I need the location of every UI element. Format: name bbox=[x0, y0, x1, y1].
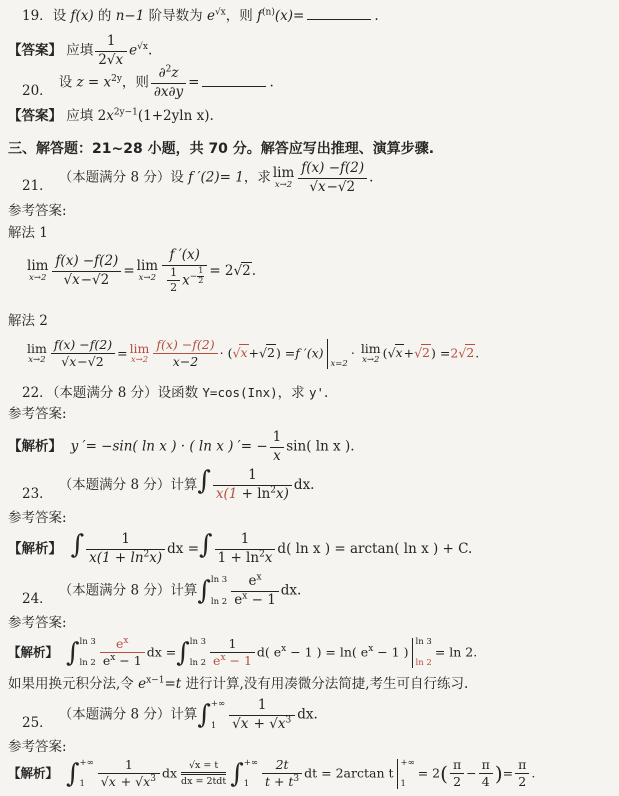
question-number: 24． bbox=[22, 591, 53, 608]
radicand: x bbox=[317, 178, 327, 195]
ref-answer-text: 参考答案: bbox=[8, 510, 67, 526]
limit-subscript: x→2 bbox=[27, 274, 48, 283]
den-part: x bbox=[265, 550, 273, 566]
ref-answer-label: 参考答案: bbox=[8, 406, 67, 423]
denominator: √x−√2 bbox=[298, 179, 367, 196]
ref-answer-text: 参考答案: bbox=[8, 615, 67, 631]
note-text: 如果用换元积分法,令 bbox=[8, 676, 138, 692]
differential: dx. bbox=[281, 583, 302, 599]
evaluation-bar: ln 3ln 2 bbox=[412, 638, 432, 668]
analysis-label: 【解析】 bbox=[8, 541, 62, 557]
question-number: 19． bbox=[22, 8, 53, 24]
ref-answer-label: 参考答案: bbox=[8, 203, 67, 220]
fraction: exex − 1 bbox=[100, 637, 145, 669]
radicand: 2 bbox=[100, 271, 111, 288]
den-part: t + t bbox=[265, 774, 293, 789]
period: . bbox=[252, 263, 256, 279]
question-text: （本题满分 8 分）设 bbox=[59, 170, 188, 186]
numerator: 1 bbox=[215, 532, 276, 550]
analysis-22: 【解析】 y ′= −sin( ln x ) · ( ln x ) ′= −1x… bbox=[8, 430, 355, 464]
question-22: 22．（本题满分 8 分）设函数 Y=cos(Inx)，求 y'. bbox=[22, 385, 328, 402]
radicand: x bbox=[240, 715, 250, 732]
denominator: x−2 bbox=[153, 354, 217, 369]
numerator: 1 bbox=[270, 430, 285, 448]
numerator: f(x) −f(2) bbox=[51, 338, 115, 354]
question-23: 23． （本题满分 8 分）计算∫1x(1 + ln2x)dx. bbox=[22, 468, 314, 503]
method-1-label: 解法 1 bbox=[8, 225, 48, 242]
question-number: 22． bbox=[22, 385, 53, 401]
limit-subscript: x→2 bbox=[273, 181, 294, 190]
exponent: √x bbox=[137, 42, 148, 52]
period: . bbox=[369, 170, 373, 186]
numerator: f ′(x) bbox=[162, 248, 207, 266]
ref-answer-label: 参考答案: bbox=[8, 739, 67, 756]
fraction: 1x(1 + ln2x) bbox=[213, 468, 292, 502]
period: . bbox=[531, 765, 535, 780]
question-text: 的 bbox=[94, 8, 116, 24]
eval-upper: +∞ bbox=[401, 759, 415, 768]
limit-subscript: x→2 bbox=[27, 356, 47, 365]
integral: ∫+∞1 bbox=[230, 759, 260, 789]
question-content: （本题满分 8 分）设 f ′(2)= 1，求limx→2f(x) −f(2)√… bbox=[59, 161, 374, 195]
radicand: x3 bbox=[277, 715, 292, 732]
question-text: 阶导数为 bbox=[144, 8, 207, 24]
fraction: f(x) −f(2)x−2 bbox=[153, 338, 217, 370]
exponent: x bbox=[256, 573, 261, 583]
sqrt-symbol: √ bbox=[234, 263, 242, 279]
sqrt: √x3 bbox=[269, 715, 292, 732]
method-2-label: 解法 2 bbox=[8, 313, 48, 330]
limit-word: lim bbox=[130, 343, 150, 356]
fraction: 1x(1 + ln2x) bbox=[86, 532, 165, 566]
sqrt: √x bbox=[64, 271, 81, 288]
period: . bbox=[148, 43, 152, 59]
sqrt: √x bbox=[61, 353, 77, 369]
math-expression: − 1 ) bbox=[373, 644, 408, 659]
section-header: 三、解答题：21~28 小题，共 70 分。解答应写出推理、演算步骤. bbox=[8, 141, 434, 159]
question-content: 设 z = x2y，则∂2z∂x∂y=. bbox=[59, 66, 274, 100]
sqrt: √2 bbox=[414, 344, 431, 360]
eval-upper: ln 3 bbox=[416, 638, 432, 647]
period: . bbox=[475, 345, 479, 360]
radicand: 2 bbox=[465, 344, 475, 360]
lower-bound: 1 bbox=[211, 722, 225, 731]
answer-blank bbox=[202, 75, 266, 87]
plus: + bbox=[249, 716, 269, 732]
math-expression: dt = 2arctan t bbox=[304, 765, 393, 780]
limit: limx→2 bbox=[27, 260, 48, 283]
math-expression: sin( ln x ) bbox=[286, 439, 350, 455]
lower-bound: ln 2 bbox=[211, 598, 227, 607]
denominator: √x−√2 bbox=[52, 272, 121, 289]
sqrt: √2 bbox=[92, 271, 110, 288]
math-var: z = x bbox=[76, 75, 111, 91]
question-number: 23． bbox=[22, 486, 53, 503]
plus: + bbox=[249, 345, 259, 360]
sqrt: √x bbox=[107, 51, 124, 68]
integral-sign: ∫ bbox=[71, 530, 85, 560]
numerator: ex bbox=[231, 574, 279, 592]
substitution-upper: √x = t bbox=[181, 760, 226, 776]
denominator: 1 + ln2x bbox=[215, 550, 276, 567]
denominator: 2 bbox=[450, 774, 464, 789]
fraction: 1x bbox=[270, 430, 285, 464]
den-part: x) bbox=[276, 486, 289, 502]
partial-symbol: ∂ bbox=[159, 65, 166, 81]
sqrt-symbol: √ bbox=[64, 272, 72, 288]
fraction: π2 bbox=[515, 758, 529, 790]
sqrt-symbol: √ bbox=[101, 774, 108, 789]
differential: dx. bbox=[294, 477, 315, 493]
math-var: e bbox=[129, 43, 137, 59]
denominator: ex − 1 bbox=[100, 653, 145, 668]
exponent: 2y bbox=[111, 74, 122, 84]
math-expression: d( ln x ) = arctan( ln x ) + C. bbox=[277, 541, 472, 557]
sqrt: √x bbox=[388, 344, 404, 360]
fraction: 2tt + t3 bbox=[262, 758, 302, 790]
math-expression: dx = bbox=[147, 644, 177, 659]
math-var: f ′(x) bbox=[295, 345, 323, 360]
fraction: f(x) −f(2)√x−√2 bbox=[298, 161, 367, 195]
exponent: x bbox=[123, 636, 128, 646]
limit-word: lim bbox=[27, 260, 48, 274]
fraction: ∂2z∂x∂y bbox=[151, 66, 186, 100]
differential: dx bbox=[162, 765, 177, 780]
method-label-text: 解法 2 bbox=[8, 313, 48, 329]
analysis-label: 【解析】 bbox=[8, 439, 62, 455]
question-number: 25． bbox=[22, 715, 53, 732]
denominator: ex − 1 bbox=[231, 592, 279, 609]
plus: + bbox=[404, 345, 414, 360]
radicand: 2 bbox=[421, 344, 431, 360]
equals: = bbox=[503, 765, 513, 780]
den-part: − 1 bbox=[226, 653, 252, 668]
eval-lower: 1 bbox=[401, 780, 415, 789]
numerator: f(x) −f(2) bbox=[52, 254, 121, 272]
answer-blank bbox=[307, 8, 371, 20]
radicand: x bbox=[239, 344, 248, 360]
sqrt: √2 bbox=[259, 344, 276, 360]
eval-bounds: +∞1 bbox=[398, 759, 415, 789]
math-expression: = 2 bbox=[418, 765, 440, 780]
exponent: 3 bbox=[150, 774, 156, 784]
fraction: 1√x + √x3 bbox=[98, 758, 160, 790]
integral-bounds: ln 3ln 2 bbox=[80, 638, 96, 668]
math-expression: − 1 ) = ln( e bbox=[286, 644, 368, 659]
fraction: π4 bbox=[479, 758, 493, 790]
paren: ) = bbox=[276, 345, 295, 360]
equals: = bbox=[123, 263, 134, 279]
analysis-label: 【解析】 bbox=[8, 765, 58, 780]
result: 2√2 bbox=[450, 344, 475, 360]
inner-fraction: 12 bbox=[167, 267, 180, 295]
note-line: 如果用换元积分法,令 ex−1=t 进行计算,没有用凑微分法简捷,考生可自行练习… bbox=[8, 676, 468, 693]
integral-sign: ∫ bbox=[176, 640, 190, 666]
period: . bbox=[209, 108, 213, 124]
integral-sign: ∫ bbox=[66, 761, 80, 787]
integral-sign: ∫ bbox=[66, 640, 80, 666]
analysis-24: 【解析】 ∫ln 3ln 2exex − 1dx =∫ln 3ln 21ex −… bbox=[8, 637, 477, 669]
integral-sign: ∫ bbox=[199, 530, 213, 560]
denominator: x(1 + ln2x) bbox=[86, 550, 165, 567]
math-var: z bbox=[171, 65, 178, 81]
minus: − bbox=[466, 765, 476, 780]
ref-answer-text: 参考答案: bbox=[8, 739, 67, 755]
fraction: 1ex − 1 bbox=[210, 637, 255, 669]
limit: limx→2 bbox=[273, 167, 294, 190]
sqrt: √x bbox=[309, 178, 326, 195]
question-text: ，求 bbox=[278, 385, 309, 401]
exponent: 3 bbox=[285, 715, 291, 725]
fraction: 12√x bbox=[95, 34, 127, 68]
analysis-label: 【解析】 bbox=[8, 644, 58, 659]
radicand: 2 bbox=[241, 262, 252, 279]
denominator: √x + √x3 bbox=[229, 716, 295, 733]
lower-bound: ln 2 bbox=[80, 659, 96, 668]
ref-answer-text: 参考答案: bbox=[8, 406, 67, 422]
sqrt-symbol: √ bbox=[88, 354, 95, 369]
lower-bound: 1 bbox=[80, 780, 94, 789]
answer-text: (1+2yln x) bbox=[138, 108, 210, 124]
math-var: e bbox=[138, 676, 146, 692]
question-text: （本题满分 8 分）计算 bbox=[59, 707, 198, 723]
limit-word: lim bbox=[137, 260, 158, 274]
denominator: x bbox=[270, 448, 285, 465]
analysis-25: 【解析】 ∫+∞11√x + √x3dx√x = tdx = 2tdt∫+∞12… bbox=[8, 758, 535, 790]
question-content: （本题满分 8 分）计算∫+∞11√x + √x3dx. bbox=[59, 698, 318, 732]
limit-subscript: x→2 bbox=[130, 356, 150, 365]
minus: − bbox=[81, 272, 92, 288]
multiply-dot: · bbox=[220, 345, 224, 360]
limit-subscript: x→2 bbox=[137, 274, 158, 283]
question-text: 设 bbox=[53, 8, 71, 24]
upper-bound: +∞ bbox=[80, 759, 94, 768]
exponent: x−1 bbox=[146, 676, 164, 686]
radicand: 2 bbox=[95, 353, 105, 369]
question-text: （本题满分 8 分）计算 bbox=[59, 477, 198, 493]
note-text: 进行计算,没有用凑微分法简捷,考生可自行练习. bbox=[181, 676, 468, 692]
period: . bbox=[374, 8, 378, 24]
question-text: ，则 bbox=[226, 8, 257, 24]
integral-bounds: ln 3ln 2 bbox=[211, 576, 227, 606]
integral: ∫ln 3ln 2 bbox=[66, 638, 98, 668]
math-expression: =t bbox=[164, 676, 181, 692]
radicand: x bbox=[395, 344, 404, 360]
math-expression: dx = bbox=[167, 541, 199, 557]
paren: ) bbox=[495, 761, 503, 785]
sqrt-symbol: √ bbox=[259, 345, 266, 360]
numerator: 2t bbox=[262, 758, 302, 774]
evaluation-bar: x=2 bbox=[327, 339, 348, 369]
answer-20: 【答案】 应填 2x2y−1(1+2yln x). bbox=[8, 108, 214, 125]
sqrt-symbol: √ bbox=[92, 272, 100, 288]
numerator: ∂2z bbox=[151, 66, 186, 84]
limit: limx→2 bbox=[27, 343, 47, 365]
answer-text: 应填 bbox=[66, 43, 93, 59]
eval-bounds: ln 3ln 2 bbox=[413, 638, 432, 668]
fraction: f ′(x)12x−12 bbox=[162, 248, 207, 295]
paren: ( bbox=[440, 761, 448, 785]
question-20: 20． 设 z = x2y，则∂2z∂x∂y=. bbox=[22, 66, 274, 100]
radicand: x bbox=[68, 353, 77, 369]
numerator: 1 bbox=[210, 637, 255, 653]
math-expression: y' bbox=[309, 385, 324, 400]
math-var: e bbox=[207, 8, 215, 24]
differential: dx. bbox=[297, 707, 318, 723]
question-text: （本题满分 8 分）设函数 bbox=[53, 385, 203, 401]
period: . bbox=[350, 439, 354, 455]
analysis-23: 【解析】 ∫1x(1 + ln2x)dx =∫11 + ln2xd( ln x … bbox=[8, 532, 472, 567]
result: = 2 bbox=[209, 263, 233, 279]
numerator: π bbox=[479, 758, 493, 774]
numerator: 1 bbox=[95, 34, 127, 52]
radicand: x3 bbox=[142, 773, 157, 789]
sqrt: √2 bbox=[338, 178, 356, 195]
math-var: (x)= bbox=[275, 8, 304, 24]
sqrt-symbol: √ bbox=[388, 345, 395, 360]
substitution-note: √x = tdx = 2tdt bbox=[181, 760, 226, 789]
sqrt-symbol: √ bbox=[309, 179, 317, 195]
multiply-dot: · bbox=[351, 345, 355, 360]
denominator: 2 bbox=[197, 277, 204, 286]
den-part: x) bbox=[149, 550, 162, 566]
method-1-formula: limx→2f(x) −f(2)√x−√2=limx→2f ′(x)12x−12… bbox=[25, 248, 256, 295]
question-content: （本题满分 8 分）计算∫ln 3ln 2exex − 1dx. bbox=[59, 574, 302, 608]
lower-bound: 1 bbox=[244, 780, 258, 789]
numerator: 1 bbox=[167, 267, 180, 282]
question-19: 19．设 f(x) 的 n−1 阶导数为 e√x，则 f(n)(x)=. bbox=[22, 8, 379, 25]
numerator: f(x) −f(2) bbox=[153, 338, 217, 354]
denominator: ex − 1 bbox=[210, 653, 255, 668]
limit-word: lim bbox=[361, 343, 381, 356]
numerator: 1 bbox=[98, 758, 160, 774]
evaluation-bar: +∞1 bbox=[397, 759, 415, 789]
upper-bound: +∞ bbox=[244, 759, 258, 768]
sqrt: √x3 bbox=[135, 773, 157, 789]
limit-word: lim bbox=[273, 167, 294, 181]
den-part: − 1 bbox=[247, 592, 275, 608]
numerator: 1 bbox=[213, 468, 292, 486]
math-expression: Y=cos(Inx) bbox=[202, 385, 277, 400]
plus: + bbox=[117, 774, 135, 789]
ref-answer-text: 参考答案: bbox=[8, 203, 67, 219]
exponent: √x bbox=[215, 8, 226, 18]
sqrt: √x bbox=[233, 344, 249, 360]
paren: ) = bbox=[431, 345, 450, 360]
limit-subscript: x→2 bbox=[361, 356, 381, 365]
ref-answer-label: 参考答案: bbox=[8, 615, 67, 632]
denominator: √x + √x3 bbox=[98, 774, 160, 789]
question-text: ，求 bbox=[244, 170, 271, 186]
den-part: x(1 + ln bbox=[89, 550, 143, 566]
numerator: 1 bbox=[86, 532, 165, 550]
exponent: 3 bbox=[293, 774, 299, 784]
sqrt: √2 bbox=[234, 262, 252, 279]
question-content: （本题满分 8 分）计算∫1x(1 + ln2x)dx. bbox=[59, 468, 315, 503]
integral-bounds: +∞1 bbox=[211, 700, 225, 730]
question-text: （本题满分 8 分）计算 bbox=[59, 583, 198, 599]
math-expression: y ′= −sin( ln x ) · ( ln x ) ′= − bbox=[71, 439, 268, 455]
substitution-lower: dx = 2tdt bbox=[181, 775, 226, 788]
denominator: 4 bbox=[479, 774, 493, 789]
den-part: x(1 bbox=[216, 486, 237, 502]
math-var: x bbox=[182, 272, 190, 288]
period: . bbox=[324, 385, 328, 401]
radicand: x bbox=[108, 773, 117, 789]
integral-sign: ∫ bbox=[197, 702, 211, 728]
sqrt: √2 bbox=[88, 353, 105, 369]
denominator: 2 bbox=[515, 774, 529, 789]
den-part: 1 + ln bbox=[218, 550, 260, 566]
denominator: 12x−12 bbox=[162, 266, 207, 295]
question-number: 20． bbox=[22, 83, 53, 100]
sqrt-symbol: √ bbox=[414, 345, 421, 360]
numerator: f(x) −f(2) bbox=[298, 161, 367, 179]
minus: − bbox=[327, 179, 338, 195]
upper-bound: ln 3 bbox=[80, 638, 96, 647]
equals: = bbox=[117, 345, 127, 360]
radicand: x bbox=[115, 51, 125, 68]
den-part: + ln bbox=[237, 486, 270, 502]
minus: − bbox=[190, 272, 198, 282]
math-expression: d( e bbox=[257, 644, 281, 659]
numerator: π bbox=[515, 758, 529, 774]
fraction: π2 bbox=[450, 758, 464, 790]
math-var: n−1 bbox=[116, 8, 145, 24]
integral-bounds: +∞1 bbox=[244, 759, 258, 789]
question-24: 24． （本题满分 8 分）计算∫ln 3ln 2exex − 1dx. bbox=[22, 574, 301, 608]
ref-answer-label: 参考答案: bbox=[8, 510, 67, 527]
answer-label: 【答案】 bbox=[8, 108, 62, 124]
radicand: x bbox=[71, 271, 81, 288]
exam-answer-document: { "page": { "bg": "#f5f4f1", "ink": "#24… bbox=[0, 0, 619, 796]
equals: = bbox=[188, 75, 199, 91]
upper-bound: ln 3 bbox=[190, 638, 206, 647]
limit: limx→2 bbox=[130, 343, 150, 365]
question-21: 21． （本题满分 8 分）设 f ′(2)= 1，求limx→2f(x) −f… bbox=[22, 161, 373, 195]
upper-bound: ln 3 bbox=[211, 576, 227, 585]
exponent: 2y−1 bbox=[114, 108, 138, 118]
math-var: x bbox=[106, 108, 114, 124]
exponent-fraction: 12 bbox=[197, 267, 204, 286]
question-number: 21． bbox=[22, 178, 53, 195]
sqrt: √x bbox=[232, 715, 249, 732]
eval-lower: x=2 bbox=[331, 360, 348, 369]
sqrt: √x bbox=[101, 773, 117, 789]
integral-bounds: +∞1 bbox=[80, 759, 94, 789]
fraction: 11 + ln2x bbox=[215, 532, 276, 566]
exponent: (n) bbox=[262, 8, 275, 18]
denominator: ∂x∂y bbox=[151, 84, 186, 101]
math-condition: f ′(2)= 1 bbox=[188, 170, 244, 186]
upper-bound: +∞ bbox=[211, 700, 225, 709]
method-2-formula: limx→2f(x) −f(2)√x−√2=limx→2f(x) −f(2)x−… bbox=[25, 338, 479, 370]
answer-text: 应填 2 bbox=[66, 108, 106, 124]
integral-sign: ∫ bbox=[197, 578, 211, 604]
exponent: −12 bbox=[190, 272, 205, 282]
integral-bounds: ln 3ln 2 bbox=[190, 638, 206, 668]
result: = ln 2. bbox=[435, 644, 477, 659]
sqrt: √2 bbox=[458, 344, 475, 360]
answer-19: 【答案】 应填12√xe√x. bbox=[8, 34, 152, 68]
fraction: f(x) −f(2)√x−√2 bbox=[51, 338, 115, 370]
section-title: 三、解答题：21~28 小题，共 70 分。解答应写出推理、演算步骤. bbox=[8, 141, 434, 157]
answer-label: 【答案】 bbox=[8, 43, 62, 59]
period: . bbox=[269, 75, 273, 91]
denominator: x(1 + ln2x) bbox=[213, 486, 292, 503]
integral: ∫ln 3ln 2 bbox=[197, 576, 229, 606]
radicand: 2 bbox=[345, 178, 356, 195]
